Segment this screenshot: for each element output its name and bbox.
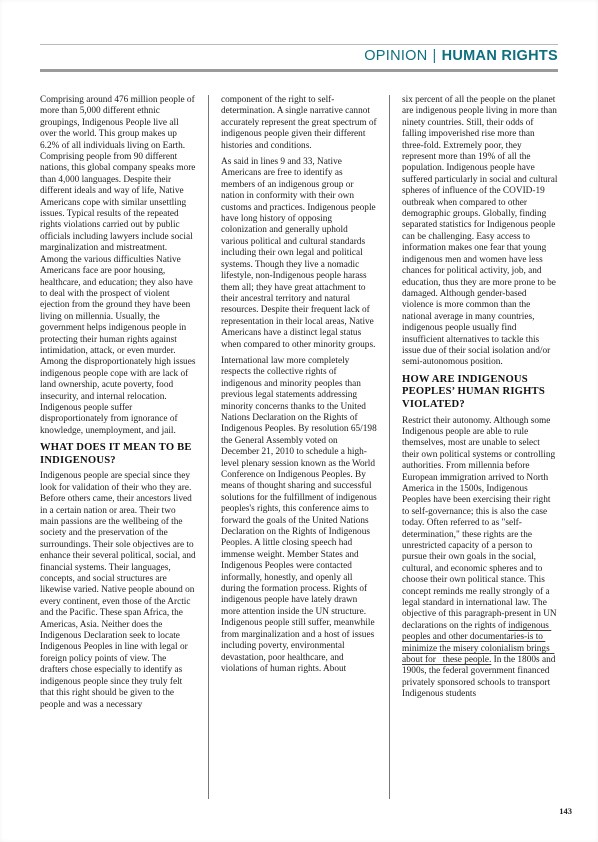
paragraph: Restrict their autonomy. Although some I…: [402, 416, 558, 701]
text-column-3: six percent of all the people on the pla…: [402, 95, 558, 799]
paragraph: As said in lines 9 and 33, Native Americ…: [221, 157, 377, 351]
header-separator: |: [428, 48, 442, 64]
text-column-1: Comprising around 476 million people of …: [40, 95, 196, 799]
header-rule-bottom: [40, 69, 558, 72]
section-heading: WHAT DOES IT MEAN TO BE INDIGENOUS?: [40, 442, 196, 467]
section-heading: HOW ARE INDIGENOUS PEOPLES’ HUMAN RIGHTS…: [402, 374, 558, 412]
paragraph: six percent of all the people on the pla…: [402, 95, 558, 369]
header-rule-top: [40, 44, 558, 45]
header-section-label: OPINION: [364, 48, 427, 64]
paragraph: component of the right to self-determina…: [221, 95, 377, 152]
magazine-page: OPINION|HUMAN RIGHTS Comprising around 4…: [0, 0, 598, 842]
header-title: HUMAN RIGHTS: [442, 48, 558, 64]
paragraph: Indigenous people are special since they…: [40, 471, 196, 711]
text-column-2: component of the right to self-determina…: [221, 95, 377, 799]
column-divider: [208, 95, 209, 799]
page-header: OPINION|HUMAN RIGHTS: [364, 47, 558, 66]
page-number: 143: [559, 806, 572, 816]
column-divider: [389, 95, 390, 799]
article-body: Comprising around 476 million people of …: [40, 95, 558, 799]
paragraph: Comprising around 476 million people of …: [40, 95, 196, 437]
paragraph: International law more completely respec…: [221, 356, 377, 675]
